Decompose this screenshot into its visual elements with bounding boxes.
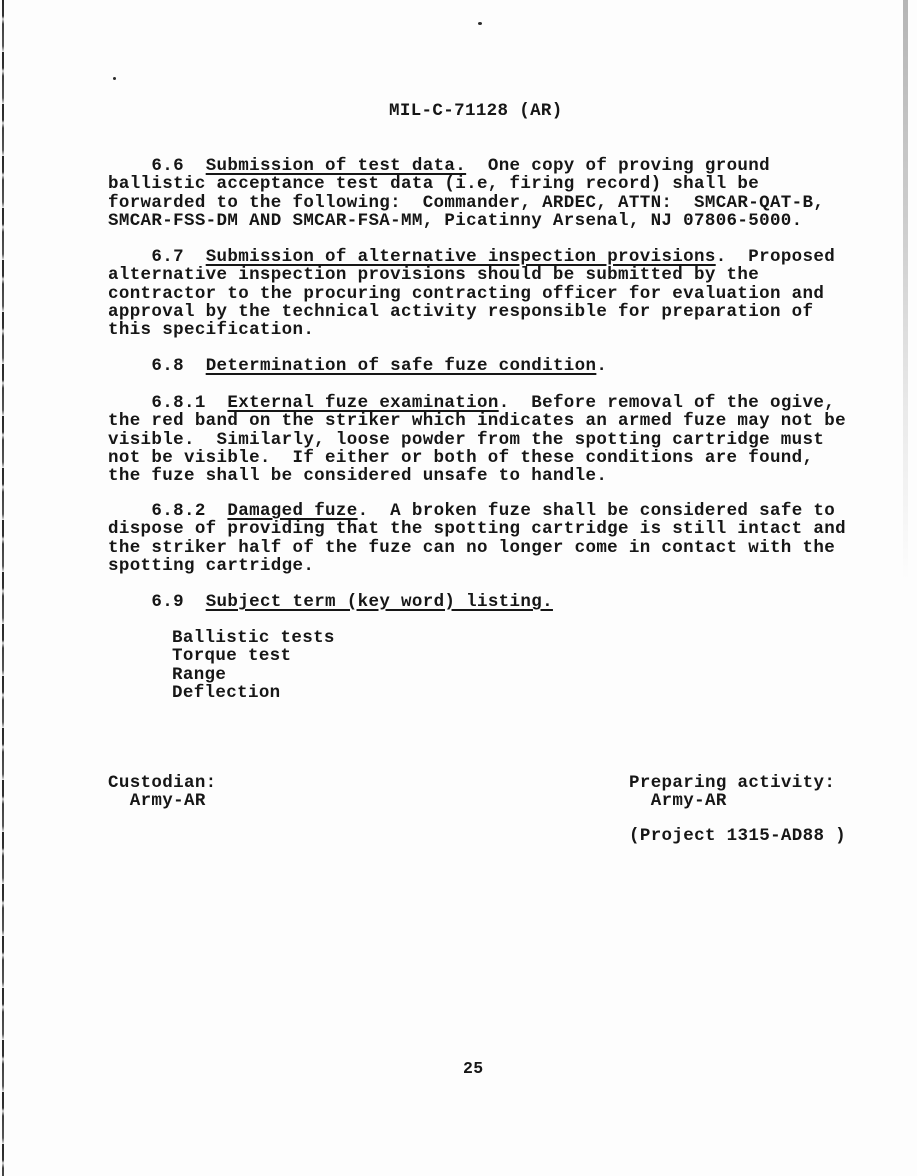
section-6-8-2-number: 6.8.2 — [108, 501, 227, 521]
section-6-8-2: 6.8.2 Damaged fuze. A broken fuze shall … — [108, 502, 846, 575]
section-6-8-body: . — [596, 356, 607, 376]
project-number: (Project 1315-AD88 ) — [629, 827, 846, 845]
section-6-6: 6.6 Submission of test data. One copy of… — [108, 157, 824, 230]
section-6-9: 6.9 Subject term (key word) listing. — [108, 593, 553, 611]
section-6-8-1: 6.8.1 External fuze examination. Before … — [108, 394, 846, 485]
scan-speck — [113, 77, 116, 80]
page-number: 25 — [463, 1060, 484, 1078]
section-6-7: 6.7 Submission of alternative inspection… — [108, 248, 835, 339]
section-6-8-heading: Determination of safe fuze condition — [206, 356, 597, 376]
section-6-8-number: 6.8 — [108, 356, 206, 376]
section-6-8-2-heading: Damaged fuze — [227, 501, 357, 521]
section-6-7-heading: Submission of alternative inspection pro… — [206, 247, 716, 267]
document-header: MIL-C-71128 (AR) — [389, 102, 563, 120]
keyword-list: Ballistic tests Torque test Range Deflec… — [172, 629, 335, 702]
scan-edge-artifact-left — [2, 0, 4, 1176]
preparing-activity-block: Preparing activity: Army-AR — [629, 774, 835, 811]
section-6-6-heading: Submission of test data. — [206, 156, 466, 176]
section-6-9-number: 6.9 — [108, 592, 206, 612]
document-page: MIL-C-71128 (AR) 6.6 Submission of test … — [0, 0, 917, 1176]
section-6-6-number: 6.6 — [108, 156, 206, 176]
scan-edge-artifact-right — [903, 0, 908, 580]
section-6-8-1-number: 6.8.1 — [108, 393, 227, 413]
scan-speck — [478, 22, 482, 25]
custodian-block: Custodian: Army-AR — [108, 774, 217, 811]
section-6-8: 6.8 Determination of safe fuze condition… — [108, 357, 607, 375]
section-6-9-heading: Subject term (key word) listing. — [206, 592, 553, 612]
section-6-7-number: 6.7 — [108, 247, 206, 267]
section-6-8-1-heading: External fuze examination — [227, 393, 498, 413]
